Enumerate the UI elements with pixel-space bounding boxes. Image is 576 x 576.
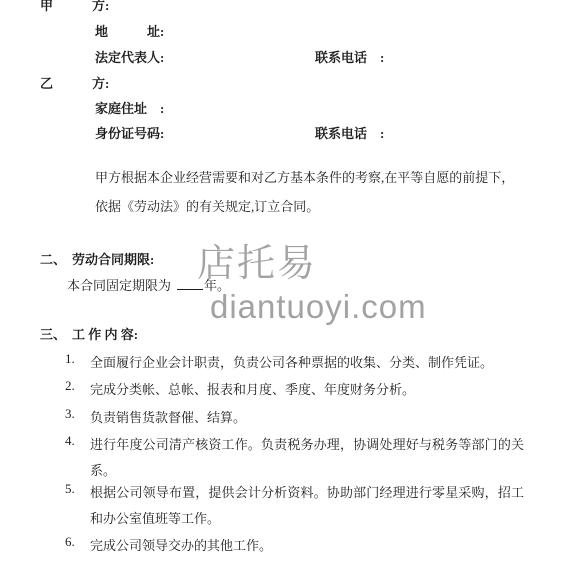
party-a-label: 甲 方:	[40, 0, 109, 14]
work-item-text: 完成公司领导交办的其他工作。	[90, 533, 524, 559]
preamble-line-1: 甲方根据本企业经营需要和对乙方基本条件的考察,在平等自愿的前提下，	[95, 170, 514, 186]
work-item-text: 完成分类帐、总帐、报表和月度、季度、年度财务分析。	[90, 377, 524, 403]
party-b-phone-label: 联系电话 :	[315, 126, 384, 142]
work-item-number: 2.	[65, 378, 75, 394]
party-a-legal-rep-label: 法定代表人:	[95, 50, 164, 66]
section-3-number: 三、	[40, 327, 66, 343]
work-item-number: 4.	[65, 433, 75, 449]
work-item-number: 3.	[65, 406, 75, 422]
watermark-domain-text: diantuoyi.com	[210, 290, 427, 323]
contract-term-suffix: 年。	[204, 278, 230, 293]
fill-in-blank-years	[177, 277, 203, 290]
party-b-label: 乙 方:	[40, 76, 109, 92]
party-a-address-label: 地 址:	[95, 24, 164, 40]
work-item-text: 根据公司领导布置，提供会计分析资料。协助部门经理进行零星采购，招工和办公室值班等…	[90, 480, 524, 532]
work-item-text: 全面履行企业会计职责，负责公司各种票据的收集、分类、制作凭证。	[90, 350, 524, 376]
party-b-home-address-label: 家庭住址 :	[95, 101, 164, 117]
work-item-number: 6.	[65, 534, 75, 550]
work-item-text: 负责销售货款督催、结算。	[90, 405, 524, 431]
section-3-title: 工 作 内 容:	[72, 327, 138, 343]
contract-term-prefix: 本合同固定期限为	[67, 278, 171, 293]
work-item-number: 1.	[65, 351, 75, 367]
section-2-title: 劳动合同期限:	[72, 252, 154, 268]
work-item-number: 5.	[65, 481, 75, 497]
work-item-text: 进行年度公司清产核资工作。负责税务办理，协调处理好与税务等部门的关系。	[90, 432, 524, 484]
preamble-line-2: 依据《劳动法》的有关规定,订立合同。	[95, 199, 319, 215]
party-a-phone-label: 联系电话 :	[315, 50, 384, 66]
section-2-number: 二、	[40, 252, 66, 268]
party-b-id-number-label: 身份证号码:	[95, 126, 164, 142]
section-2-body: 本合同固定期限为年。	[67, 277, 230, 294]
contract-document-page: 甲 方: 地 址: 法定代表人: 联系电话 : 乙 方: 家庭住址 : 身份证号…	[0, 0, 576, 576]
